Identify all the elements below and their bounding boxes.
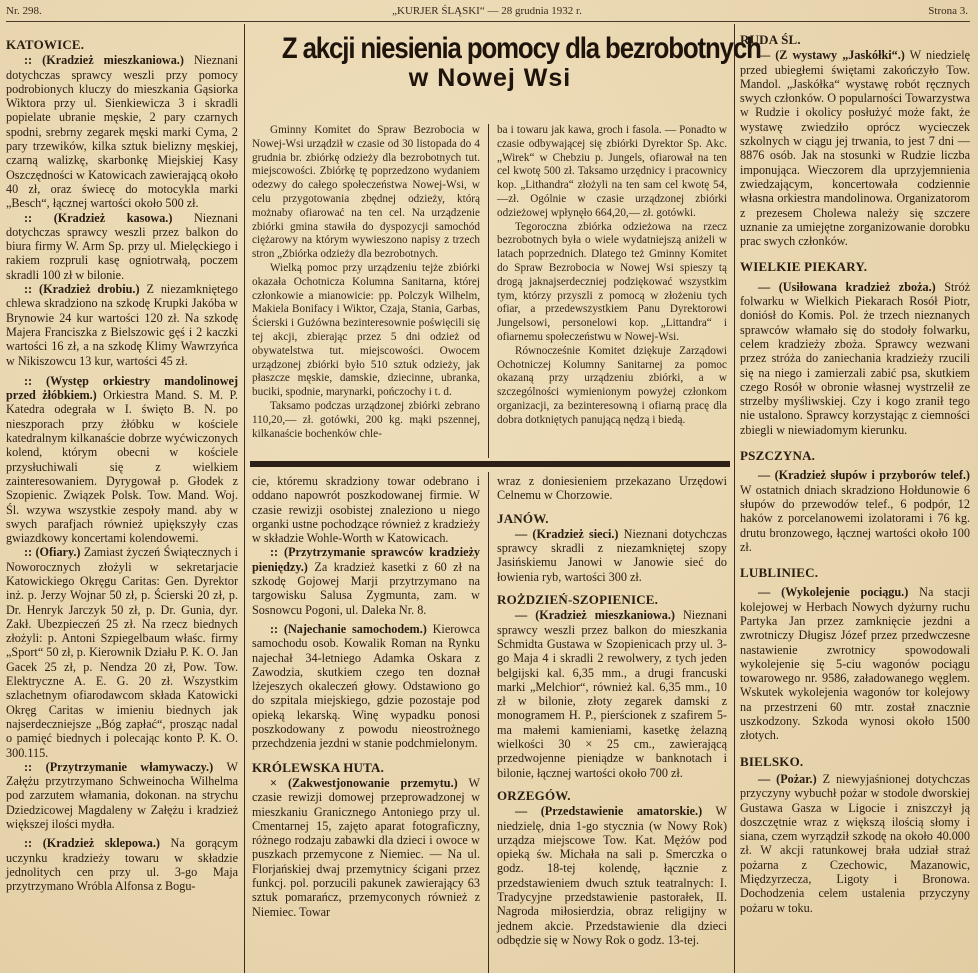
item-heading: :: (Kradzież kasowa.) (24, 211, 172, 225)
item-heading: — (Usiłowana kradzież zboża.) (758, 280, 936, 294)
item-heading: — (Z wystawy „Jaskółki“.) (758, 48, 905, 62)
item-heading: — (Pożar.) (758, 772, 817, 786)
column-divider (488, 472, 489, 973)
column-katowice: KATOWICE. :: (Kradzież mieszkaniowa.) Ni… (6, 38, 238, 894)
article-bottom-rule (250, 461, 730, 467)
item-heading: — (Kradzież mieszkaniowa.) (515, 608, 675, 622)
section-title: BIELSKO. (740, 755, 970, 769)
column-divider (734, 24, 735, 973)
article-paragraph: Gminny Komitet do Spraw Bezrobocia w Now… (252, 124, 480, 262)
news-item: — (Przedstawienie amatorskie.) W niedzie… (497, 804, 727, 947)
news-item: :: (Kradzież drobiu.) Z niezamkniętego c… (6, 282, 238, 368)
article-paragraph: Tegoroczna zbiórka odzieżowa na rzecz be… (497, 221, 727, 345)
column-regional: wraz z doniesieniem przekazano Urzędowi … (497, 474, 727, 947)
header-rule (6, 21, 970, 22)
article-paragraph: Taksamo podczas urządzonej zbiórki zebra… (252, 400, 480, 441)
news-item: :: (Ofiary.) Zamiast życzeń Świątecznych… (6, 545, 238, 759)
news-item: — (Kradzież mieszkaniowa.) Nieznani spra… (497, 608, 727, 780)
column-katowice-cont: cie, któremu skradziony towar odebrano i… (252, 474, 480, 919)
news-item: — (Usiłowana kradzież zboża.) Stróż folw… (740, 280, 970, 437)
news-item: :: (Kradzież sklepowa.) Na gorącym uczyn… (6, 836, 238, 893)
article-paragraph: ba i towaru jak kawa, groch i fasola. — … (497, 124, 727, 221)
item-heading: — (Kradzież słupów i przyborów telef.) (758, 468, 970, 482)
section-title: WIELKIE PIEKARY. (740, 260, 970, 274)
item-heading: :: (Kradzież drobiu.) (24, 282, 140, 296)
item-heading: :: (Ofiary.) (24, 545, 80, 559)
item-heading: :: (Kradzież mieszkaniowa.) (24, 53, 184, 67)
item-heading: — (Przedstawienie amatorskie.) (515, 804, 702, 818)
page-header: Nr. 298. „KURJER ŚLĄSKI“ — 28 grudnia 19… (6, 2, 968, 20)
news-item: — (Kradzież słupów i przyborów telef.) W… (740, 468, 970, 554)
page-number: Strona 3. (928, 5, 968, 17)
article-divider (488, 124, 489, 458)
section-title: PSZCZYNA. (740, 449, 970, 463)
news-item: :: (Występ orkiestry mandolinowej przed … (6, 374, 238, 546)
newspaper-title: „KURJER ŚLĄSKI“ — 28 grudnia 1932 r. (6, 5, 968, 17)
news-item: — (Z wystawy „Jaskółki“.) W niedzielę pr… (740, 48, 970, 248)
section-title: ROŻDZIEŃ-SZOPIENICE. (497, 593, 727, 607)
column-divider (244, 24, 245, 973)
news-item: — (Kradzież sieci.) Nieznani dotychczas … (497, 527, 727, 584)
item-heading: × (Zakwestjonowanie przemytu.) (270, 776, 458, 790)
news-item: :: (Kradzież kasowa.) Nieznani dotychcza… (6, 211, 238, 282)
item-heading: — (Wykolejenie pociągu.) (758, 585, 908, 599)
item-heading: :: (Przytrzymanie włamywaczy.) (24, 760, 213, 774)
article-paragraph: Wielką pomoc przy urządzeniu tejże zbiór… (252, 262, 480, 400)
news-item: :: (Przytrzymanie sprawców kradzieży pie… (252, 545, 480, 616)
article-paragraph: Równocześnie Komitet dziękuje Zarządowi … (497, 345, 727, 428)
newspaper-page: Nr. 298. „KURJER ŚLĄSKI“ — 28 grudnia 19… (0, 0, 978, 973)
section-title: LUBLINIEC. (740, 566, 970, 580)
item-heading: — (Kradzież sieci.) (515, 527, 618, 541)
article-column-left: Gminny Komitet do Spraw Bezrobocia w Now… (252, 124, 480, 441)
news-item-continued: wraz z doniesieniem przekazano Urzędowi … (497, 474, 727, 503)
section-title: KRÓLEWSKA HUTA. (252, 761, 480, 775)
section-title: RUDA ŚL. (740, 33, 970, 47)
section-title: JANÓW. (497, 512, 727, 526)
headline-sub: w Nowej Wsi (248, 65, 732, 92)
item-heading: :: (Kradzież sklepowa.) (24, 836, 160, 850)
column-regions: RUDA ŚL. — (Z wystawy „Jaskółki“.) W nie… (740, 33, 970, 915)
item-heading: :: (Najechanie samochodem.) (270, 622, 427, 636)
article-column-right: ba i towaru jak kawa, groch i fasola. — … (497, 124, 727, 428)
headline-main: Z akcji niesienia pomocy dla bezrobotnyc… (282, 33, 698, 65)
article-headline: Z akcji niesienia pomocy dla bezrobotnyc… (248, 33, 732, 92)
news-item: — (Pożar.) Z niewyjaśnionej dotychczas p… (740, 772, 970, 915)
section-title: KATOWICE. (6, 38, 238, 52)
news-item: × (Zakwestjonowanie przemytu.) W czasie … (252, 776, 480, 919)
news-item: :: (Najechanie samochodem.) Kierowca sam… (252, 622, 480, 751)
news-item-continued: cie, któremu skradziony towar odebrano i… (252, 474, 480, 545)
news-item: — (Wykolejenie pociągu.) Na stacji kolej… (740, 585, 970, 742)
news-item: :: (Przytrzymanie włamywaczy.) W Załężu … (6, 760, 238, 831)
section-title: ORZEGÓW. (497, 789, 727, 803)
news-item: :: (Kradzież mieszkaniowa.) Nieznani dot… (6, 53, 238, 210)
